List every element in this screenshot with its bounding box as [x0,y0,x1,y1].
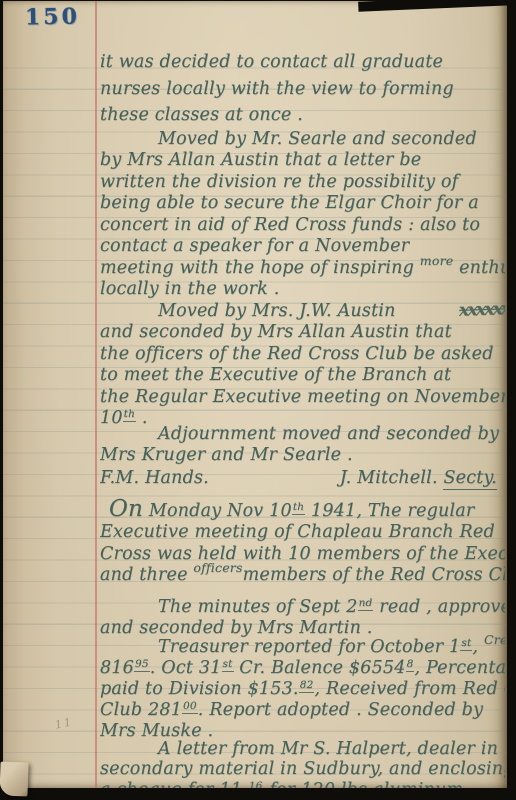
handwriting-line: Executive meeting of Chapleau Branch Red [100,522,505,544]
handwriting-line: being able to secure the Elgar Choir for… [100,193,505,215]
handwriting-line: Treasurer reported for October 1st, Cred… [100,637,505,658]
page-number-stamp: 150 [25,4,80,31]
scanned-minute-book: { "colors":{ "ink":"#46615a", "paper":"#… [0,0,516,800]
handwriting-line: locally in the work . [100,279,505,301]
paragraph: Treasurer reported for October 1st, Cred… [100,637,505,742]
margin-pencil-note: 11 [54,715,74,731]
paragraph: Moved by Mr. Searle and secondedby Mrs A… [100,129,505,301]
handwriting-line: nurses locally with the view to forming [100,76,505,103]
handwriting-line: Club 28100. Report adopted . Seconded by [100,700,505,721]
red-margin-line [95,1,97,788]
text-block-1: it was decided to contact all graduatenu… [100,1,505,467]
handwriting-line: The minutes of Sept 2nd read , approved [100,597,505,619]
handwriting-line: by Mrs Allan Austin that a letter be [100,150,505,172]
text-block-2: On Monday Nov 10th 1941, The regularExec… [100,499,505,789]
handwriting-line: Moved by Mrs. J.W. Austin xxxxxx [100,301,505,323]
signature-right-name: J. Mitchell. [340,468,444,488]
handwriting-line: to meet the Executive of the Branch at [100,365,505,387]
handwriting-line: Cross was held with 10 members of the Ex… [100,544,505,566]
handwritten-text: it was decided to contact all graduatenu… [100,1,505,788]
handwriting-line: Moved by Mr. Searle and seconded [100,129,505,151]
handwriting-line: the officers of the Red Cross Club be as… [100,344,505,366]
paragraph: The minutes of Sept 2nd read , approveda… [100,597,505,640]
paragraph: Moved by Mrs. J.W. Austin xxxxxxand seco… [100,301,505,430]
paragraph: On Monday Nov 10th 1941, The regularExec… [100,499,505,587]
handwriting-line: Adjournment moved and seconded by [100,424,505,446]
paragraph: it was decided to contact all graduatenu… [100,49,505,129]
handwriting-line: paid to Division $153.82, Received from … [100,679,505,700]
signature-right: J. Mitchell. Secty. [340,468,497,488]
handwriting-line: these classes at once . [100,102,505,129]
handwriting-line: it was decided to contact all graduate [100,49,505,76]
handwriting-line: meeting with the hope of inspiring more … [100,258,505,280]
page-corner-curl [0,762,29,797]
signature-row: F.M. Hands. J. Mitchell. Secty. [100,468,505,491]
handwriting-line: On Monday Nov 10th 1941, The regular [100,499,505,523]
minute-book-page: 150 11 it was decided to contact all gra… [3,1,507,788]
paragraph: A letter from Mr S. Halpert, dealer inse… [100,739,505,789]
handwriting-line: and seconded by Mrs Allan Austin that [100,322,505,344]
handwriting-line: A letter from Mr S. Halpert, dealer in [100,739,505,760]
signature-right-title: Secty. [443,468,497,490]
handwriting-line: a cheque for 11.16 for 120 lbs aluminum [100,780,505,789]
handwriting-line: Mrs Kruger and Mr Searle . [100,445,505,467]
paragraph: Adjournment moved and seconded byMrs Kru… [100,424,505,467]
handwriting-line: secondary material in Sudbury, and enclo… [100,759,505,780]
handwriting-line: concert in aid of Red Cross funds : also… [100,215,505,237]
handwriting-line: the Regular Executive meeting on Novembe… [100,387,505,409]
signature-left: F.M. Hands. [100,468,209,488]
handwriting-line: and three officersmembers of the Red Cro… [100,565,505,587]
handwriting-line: written the division re the possibility … [100,172,505,194]
handwriting-line: 81695. Oct 31st Cr. Balence $65548, Perc… [100,658,505,679]
